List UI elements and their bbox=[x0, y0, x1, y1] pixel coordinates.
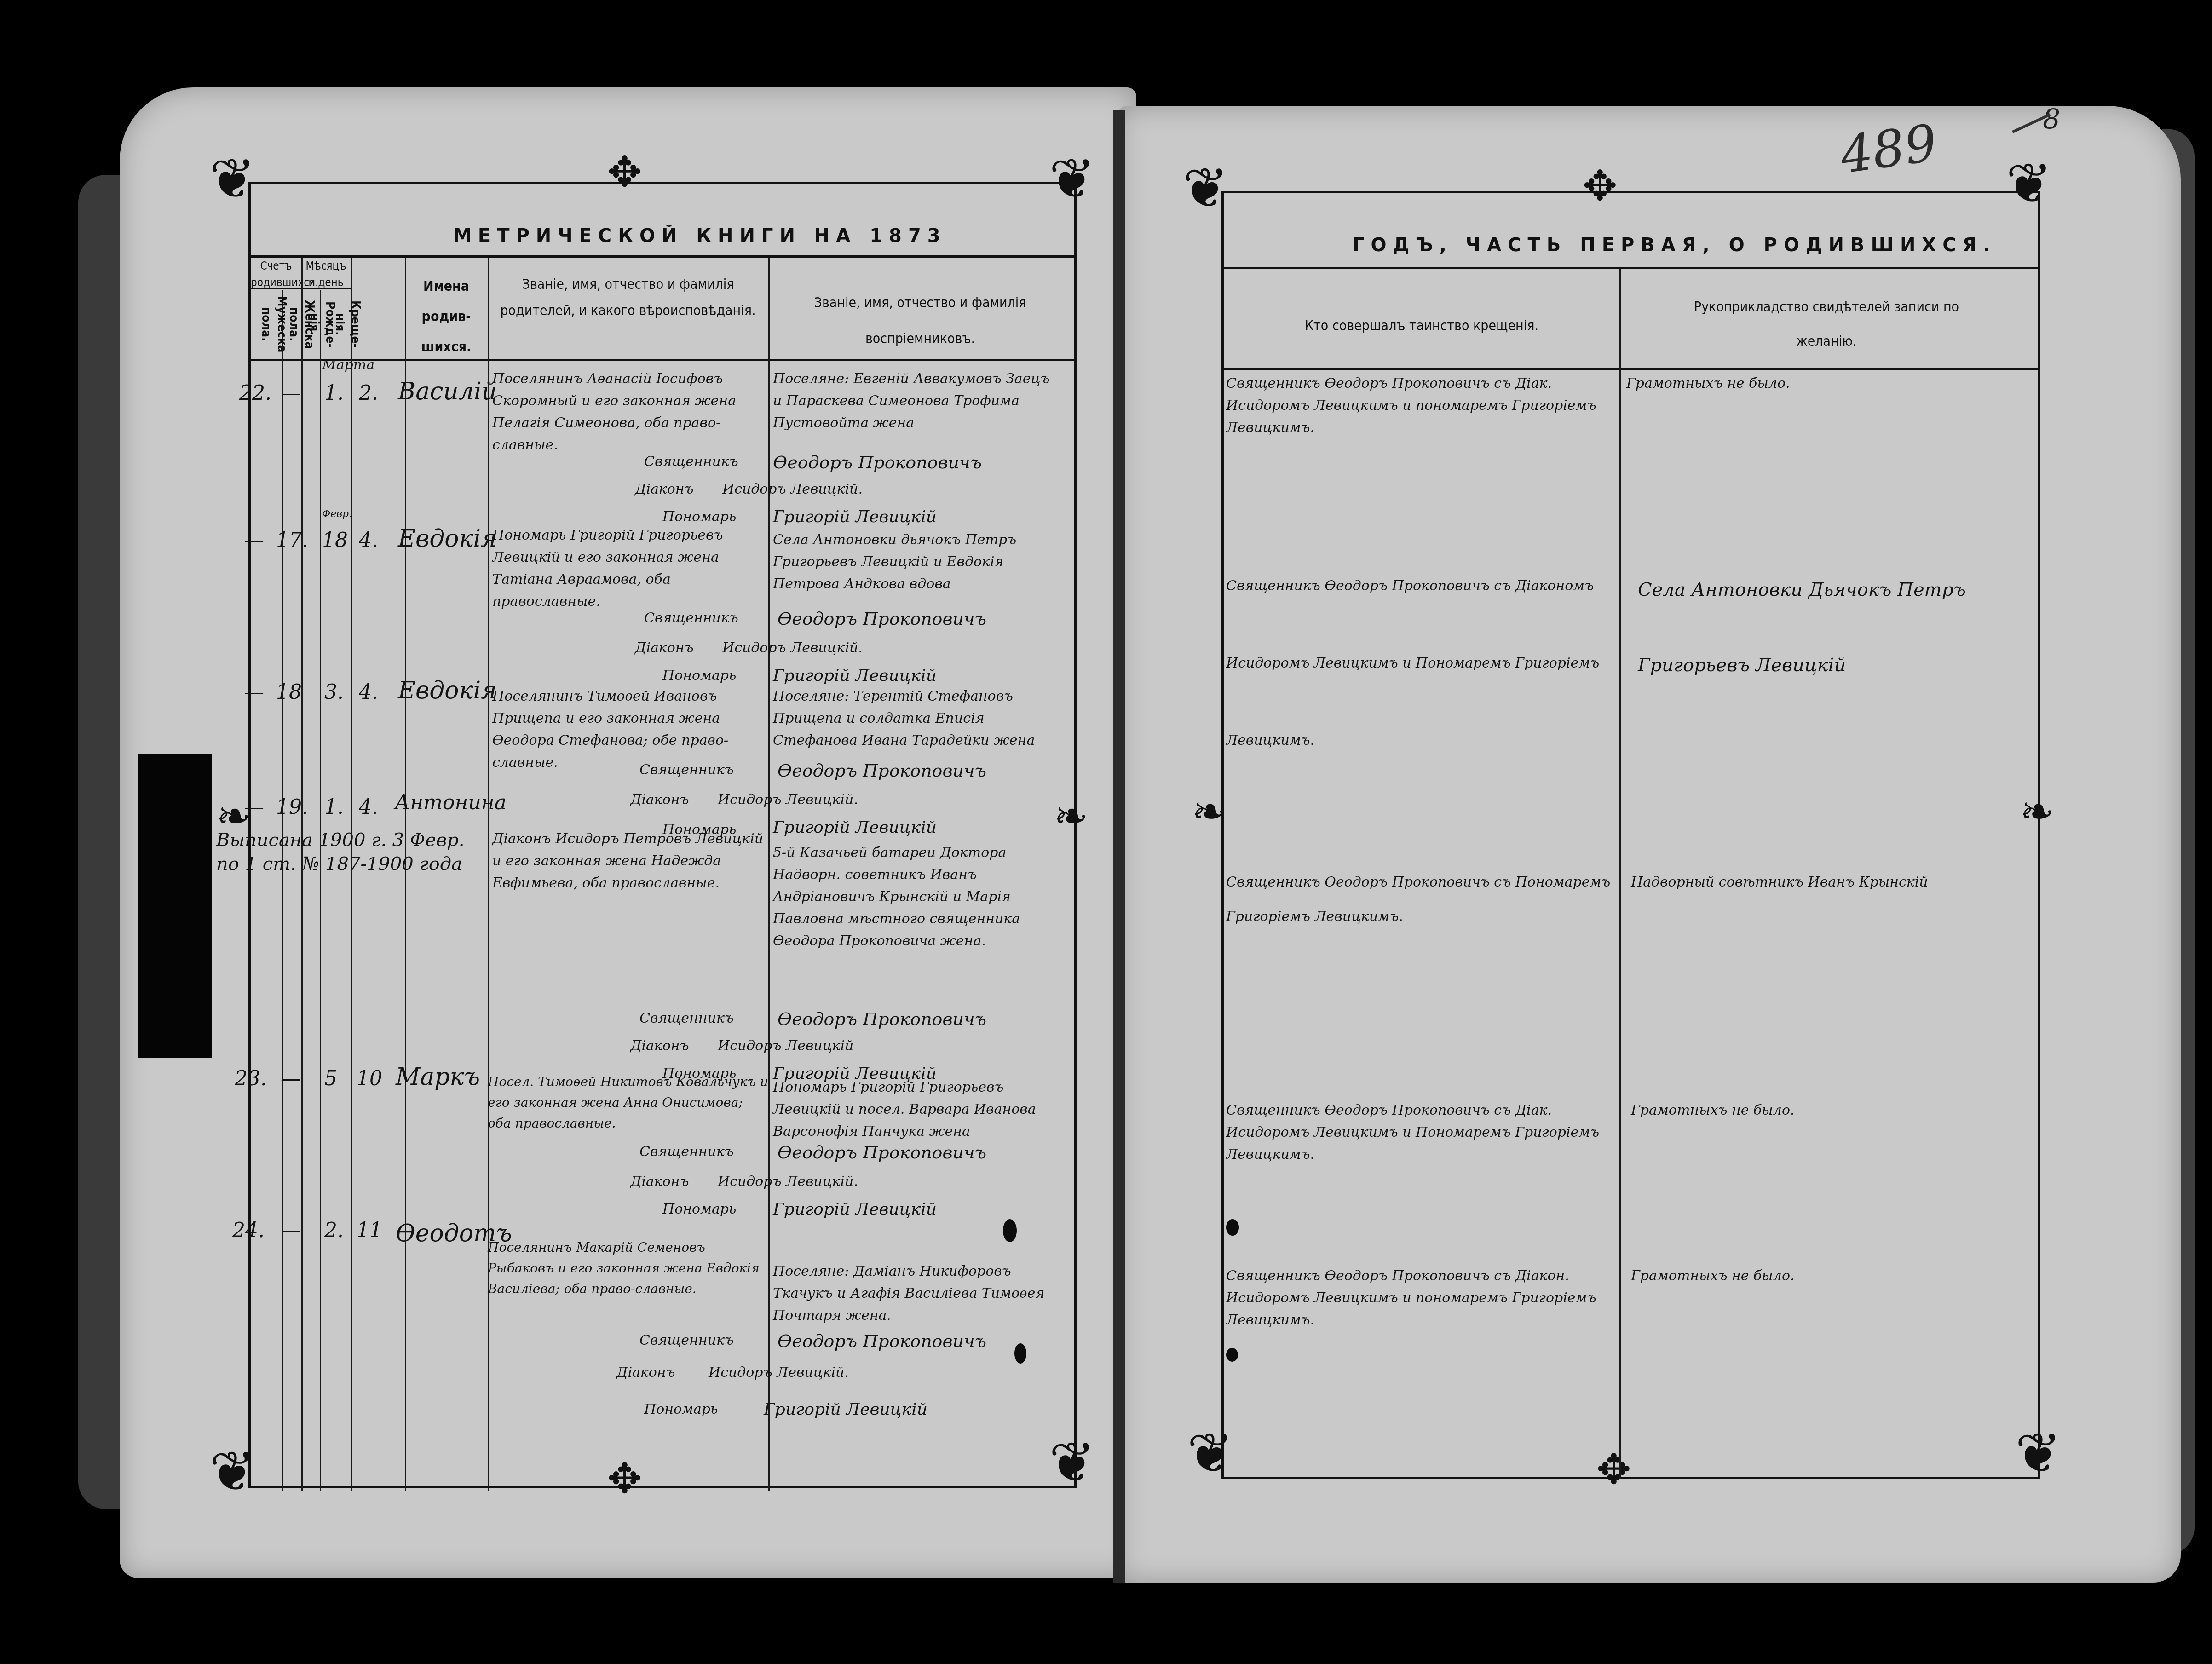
entry-baptized-by: Священникъ Ѳеодоръ Прокоповичъ съ Понома… bbox=[1226, 865, 1617, 934]
entry-name: Евдокія bbox=[398, 520, 497, 558]
signature-title: Пономарь bbox=[662, 665, 736, 687]
header-baptism: Креще-нія. bbox=[331, 294, 363, 354]
page-clip-tab bbox=[138, 754, 212, 1058]
sheet-mark: 8 bbox=[2043, 104, 2060, 136]
corner-ornament-icon: ❦ bbox=[1187, 1426, 1233, 1481]
signature-title: Священникъ bbox=[639, 1008, 734, 1030]
entry-birth-day: 1. bbox=[324, 377, 344, 409]
side-ornament-icon: ❧ bbox=[2020, 791, 2054, 833]
entry-birth-day: 5 bbox=[324, 1063, 337, 1095]
ink-stain bbox=[1014, 1343, 1026, 1364]
signature-title: Діаконъ bbox=[630, 1171, 689, 1193]
signature-title: Діаконъ bbox=[635, 478, 694, 501]
bottom-ornament-icon: ✥ bbox=[607, 1458, 642, 1500]
entry-name: Василій bbox=[398, 373, 497, 411]
corner-ornament-icon: ❦ bbox=[209, 152, 256, 207]
signature-title: Священникъ bbox=[639, 1141, 734, 1163]
entry-female-no: 18 bbox=[276, 676, 302, 708]
top-ornament-icon: ✥ bbox=[1583, 166, 1617, 207]
header-names: Имена родив-шихся. bbox=[407, 271, 485, 363]
column-divider bbox=[768, 258, 770, 1491]
entry-parents: Діаконъ Исидоръ Петровъ Левицкій и его з… bbox=[492, 828, 768, 894]
entry-baptism-day: 4. bbox=[359, 791, 378, 823]
corner-ornament-icon: ❦ bbox=[1049, 152, 1095, 207]
corner-ornament-icon: ❦ bbox=[2015, 1426, 2062, 1481]
entry-godparents: Пономарь Григорій Григорьевъ Левицкій и … bbox=[773, 1077, 1063, 1143]
book-gutter bbox=[1113, 110, 1125, 1583]
column-divider bbox=[320, 290, 321, 1491]
signature-name: Григорій Левицкій bbox=[773, 1196, 937, 1223]
entry-male-no: 23. bbox=[235, 1063, 267, 1095]
entry-baptism-day: 11 bbox=[357, 1215, 382, 1247]
left-page-title: МЕТРИЧЕСКОЙ КНИГИ НА 1873 bbox=[453, 225, 947, 247]
entry-baptism-day: 4. bbox=[359, 524, 378, 557]
signature-name: Исидоръ Левицкій. bbox=[718, 789, 858, 811]
column-divider bbox=[488, 258, 489, 1491]
entry-baptism-day: 10 bbox=[357, 1063, 382, 1095]
signature-title: Священникъ bbox=[639, 759, 734, 781]
ink-stain bbox=[1226, 1219, 1239, 1236]
column-divider bbox=[282, 290, 283, 1491]
entry-birth-day: 2. bbox=[324, 1215, 344, 1247]
entry-birth-day: 1. bbox=[324, 791, 344, 823]
side-ornament-icon: ❧ bbox=[1192, 791, 1226, 833]
right-page-title: ГОДЪ, ЧАСТЬ ПЕРВАЯ, О РОДИВШИХСЯ. bbox=[1353, 235, 1997, 256]
entry-female-no: — bbox=[281, 377, 301, 409]
entry-godparents: Поселяне: Даміанъ Никифоровъ Ткачукъ и А… bbox=[773, 1261, 1063, 1327]
entry-female-no: 19. bbox=[276, 791, 308, 823]
corner-ornament-icon: ❦ bbox=[2006, 156, 2052, 212]
table-rule bbox=[1224, 267, 2038, 269]
signature-title: Пономарь bbox=[662, 1198, 736, 1221]
signature-name: Ѳеодоръ Прокоповичъ bbox=[778, 1005, 986, 1033]
table-rule bbox=[251, 255, 1074, 258]
entry-name: Маркъ bbox=[396, 1058, 480, 1096]
corner-ornament-icon: ❦ bbox=[209, 1445, 256, 1500]
entry-name: Евдокія bbox=[398, 672, 497, 710]
header-male: Мужеска пола. bbox=[258, 294, 289, 354]
entry-male-no: — bbox=[244, 791, 264, 823]
entry-baptism-day: 2. bbox=[359, 377, 378, 409]
signature-title: Пономарь bbox=[644, 1399, 718, 1421]
month-mark: Февр. bbox=[322, 506, 352, 522]
entry-male-no: — bbox=[244, 676, 264, 708]
column-divider bbox=[1619, 269, 1621, 1479]
entry-parents: Поселянинъ Аѳанасій Іосифовъ Скоромный и… bbox=[492, 368, 768, 456]
entry-parents: Пономарь Григорій Григорьевъ Левицкій и … bbox=[492, 524, 768, 613]
entry-parents: Поселянинъ Макарій Семеновъ Рыбаковъ и е… bbox=[488, 1238, 768, 1299]
entry-baptized-by: Священникъ Ѳеодоръ Прокоповичъ съ Діак. … bbox=[1226, 373, 1617, 439]
entry-female-no: 17. bbox=[276, 524, 308, 557]
entry-godparents: Поселяне: Евгеній Аввакумовъ Заецъ и Пар… bbox=[773, 368, 1063, 434]
entry-birth-day: 3. bbox=[324, 676, 344, 708]
signature-name: Исидоръ Левицкій. bbox=[722, 637, 863, 659]
signature-name: Григорій Левицкій bbox=[773, 504, 937, 530]
signature-title: Діаконъ bbox=[635, 637, 694, 659]
signature-title: Діаконъ bbox=[630, 789, 689, 811]
header-godparents: Званіе, имя, отчество и фамилія воспріем… bbox=[778, 285, 1063, 357]
signature-name: Исидоръ Левицкій. bbox=[709, 1362, 849, 1384]
entry-baptized-by: Священникъ Ѳеодоръ Прокоповичъ съ Діак. … bbox=[1226, 1100, 1617, 1166]
entry-baptized-by: Священникъ Ѳеодоръ Прокоповичъ съ Діакон… bbox=[1226, 1265, 1617, 1331]
signature-name: Исидоръ Левицкій bbox=[718, 1035, 853, 1057]
side-ornament-icon: ❧ bbox=[1054, 796, 1088, 837]
header-month-day: Мѣсяцъ и день bbox=[301, 258, 351, 291]
ink-stain bbox=[1226, 1348, 1238, 1362]
entry-male-no: 24. bbox=[232, 1215, 265, 1247]
entry-witnesses: Села Антоновки Дьячокъ Петръ Григорьевъ … bbox=[1638, 552, 2033, 703]
signature-name: Григорій Левицкій bbox=[773, 662, 937, 689]
signature-name: Ѳеодоръ Прокоповичъ bbox=[778, 1327, 986, 1355]
signature-name: Ѳеодоръ Прокоповичъ bbox=[773, 449, 982, 477]
header-witnesses: Рукоприкладство свидѣтелей записи по жел… bbox=[1684, 290, 1969, 359]
signature-name: Ѳеодоръ Прокоповичъ bbox=[778, 605, 986, 633]
entry-female-no: — bbox=[281, 1063, 301, 1095]
entry-witnesses: Грамотныхъ не было. bbox=[1631, 1265, 2036, 1287]
signature-name: Исидоръ Левицкій. bbox=[718, 1171, 858, 1193]
signature-title: Священникъ bbox=[644, 607, 738, 629]
entry-godparents: Поселяне: Терентій Стефановъ Прищепа и с… bbox=[773, 685, 1063, 752]
header-parents: Званіе, имя, отчество и фамилія родителе… bbox=[497, 271, 759, 324]
entry-witnesses: Надворный совѣтникъ Иванъ Крынскій bbox=[1631, 865, 2036, 899]
entry-baptized-by: Священникъ Ѳеодоръ Прокоповичъ съ Діакон… bbox=[1226, 547, 1617, 779]
entry-male-no: — bbox=[244, 524, 264, 557]
signature-name: Григорій Левицкій bbox=[773, 814, 937, 841]
entry-witnesses: Грамотныхъ не было. bbox=[1631, 1100, 2036, 1122]
entry-godparents: Села Антоновки дьячокъ Петръ Григорьевъ … bbox=[773, 529, 1063, 595]
entry-parents: Посел. Тимоѳей Никитовъ Ковальчукъ и его… bbox=[488, 1072, 768, 1134]
header-baptized-by: Кто совершалъ таинство крещенія. bbox=[1228, 313, 1615, 339]
ink-stain bbox=[1003, 1219, 1017, 1242]
corner-ornament-icon: ❦ bbox=[1049, 1435, 1095, 1491]
table-rule bbox=[1224, 368, 2038, 370]
entry-male-no: 22. bbox=[239, 377, 271, 409]
signature-title: Священникъ bbox=[639, 1330, 734, 1352]
signature-name: Исидоръ Левицкій. bbox=[722, 478, 863, 501]
top-ornament-icon: ✥ bbox=[607, 152, 642, 193]
corner-ornament-icon: ❦ bbox=[1182, 161, 1229, 216]
month-mark: Марта bbox=[322, 354, 374, 376]
entry-female-no: — bbox=[281, 1215, 301, 1247]
bottom-ornament-icon: ✥ bbox=[1596, 1449, 1631, 1491]
entry-birth-day: 18 bbox=[322, 524, 348, 557]
entry-baptism-day: 4. bbox=[359, 676, 378, 708]
entry-godparents: 5-й Казачьей батареи Доктора Надворн. со… bbox=[773, 842, 1063, 952]
signature-title: Священникъ bbox=[644, 451, 738, 473]
signature-name: Григорій Левицкій bbox=[764, 1396, 927, 1423]
signature-name: Ѳеодоръ Прокоповичъ bbox=[778, 1139, 986, 1167]
header-count: Счетъ родившихся. bbox=[251, 258, 301, 291]
margin-note: Выписана 1900 г. 3 Февр. по 1 ст. № 187-… bbox=[216, 828, 474, 876]
entry-name: Антонина bbox=[395, 787, 507, 819]
signature-title: Діаконъ bbox=[616, 1362, 675, 1384]
signature-name: Ѳеодоръ Прокоповичъ bbox=[778, 757, 986, 785]
signature-title: Діаконъ bbox=[630, 1035, 689, 1057]
entry-witnesses: Грамотныхъ не было. bbox=[1626, 373, 2031, 395]
